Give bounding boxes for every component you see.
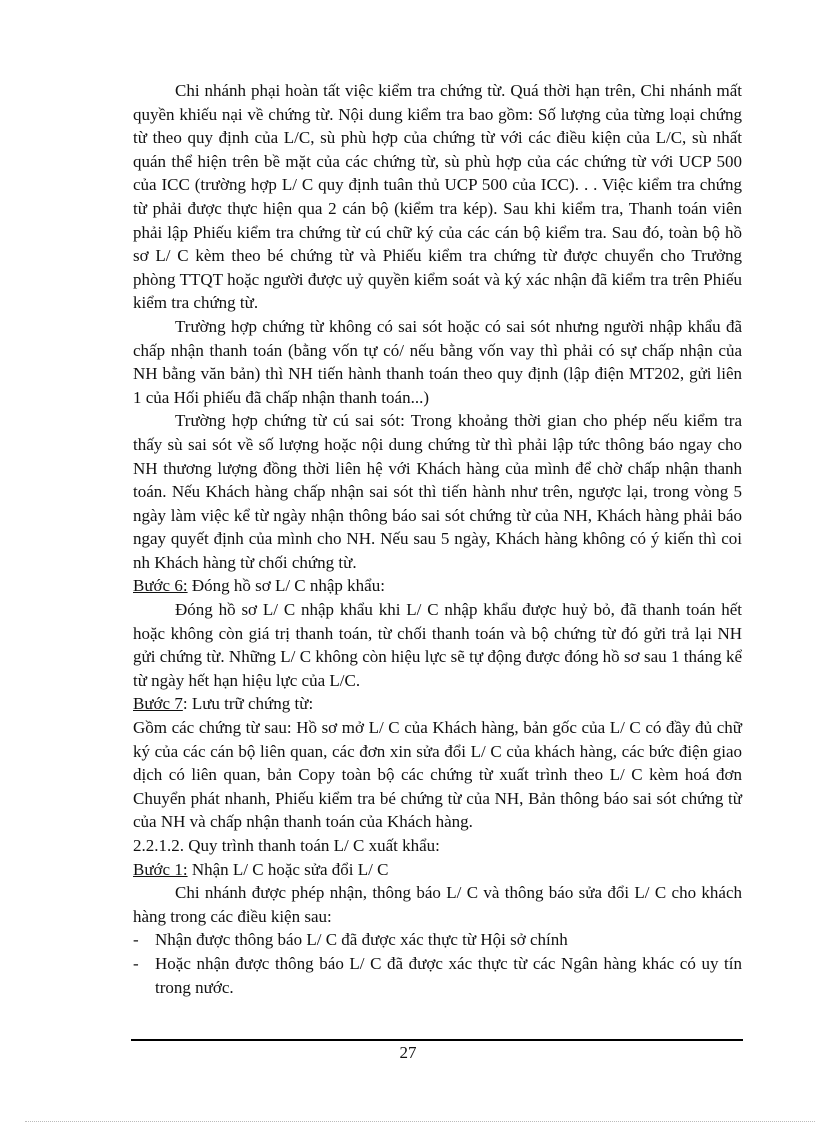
bullet-item: - Nhận được thông báo L/ C đã được xác t… xyxy=(133,928,742,952)
step7-body: Gồm các chứng từ sau: Hồ sơ mở L/ C của … xyxy=(133,716,742,834)
step1-body: Chi nhánh được phép nhận, thông báo L/ C… xyxy=(133,881,742,928)
bullet-dash: - xyxy=(133,928,155,952)
step6-heading: Bước 6: Đóng hồ sơ L/ C nhập khẩu: xyxy=(133,574,742,598)
footer-divider xyxy=(131,1039,743,1041)
step6-body: Đóng hồ sơ L/ C nhập khẩu khi L/ C nhập … xyxy=(133,598,742,692)
step7-heading: Bước 7: Lưu trữ chứng từ: xyxy=(133,692,742,716)
paragraph-with-discrepancy: Trường hợp chứng từ cú sai sót: Trong kh… xyxy=(133,409,742,574)
bullet-dash: - xyxy=(133,952,155,999)
bullet-text: Hoặc nhận được thông báo L/ C đã được xá… xyxy=(155,952,742,999)
step1-label: Bước 1: xyxy=(133,860,188,879)
paragraph-no-discrepancy: Trường hợp chứng từ không có sai sót hoặ… xyxy=(133,315,742,409)
step6-label: Bước 6: xyxy=(133,576,188,595)
section-heading: 2.2.1.2. Quy trình thanh toán L/ C xuất … xyxy=(133,834,742,858)
document-body: Chi nhánh phại hoàn tất việc kiểm tra ch… xyxy=(133,79,742,999)
page-boundary xyxy=(25,1121,815,1122)
step6-title: Đóng hồ sơ L/ C nhập khẩu: xyxy=(188,576,385,595)
step7-label: Bước 7 xyxy=(133,694,183,713)
step1-heading: Bước 1: Nhận L/ C hoặc sửa đổi L/ C xyxy=(133,858,742,882)
bullet-item: - Hoặc nhận được thông báo L/ C đã được … xyxy=(133,952,742,999)
page-number: 27 xyxy=(0,1043,816,1063)
bullet-text: Nhận được thông báo L/ C đã được xác thự… xyxy=(155,928,742,952)
paragraph-document-checking: Chi nhánh phại hoàn tất việc kiểm tra ch… xyxy=(133,79,742,315)
step7-title: : Lưu trữ chứng từ: xyxy=(183,694,313,713)
step1-title: Nhận L/ C hoặc sửa đổi L/ C xyxy=(188,860,389,879)
